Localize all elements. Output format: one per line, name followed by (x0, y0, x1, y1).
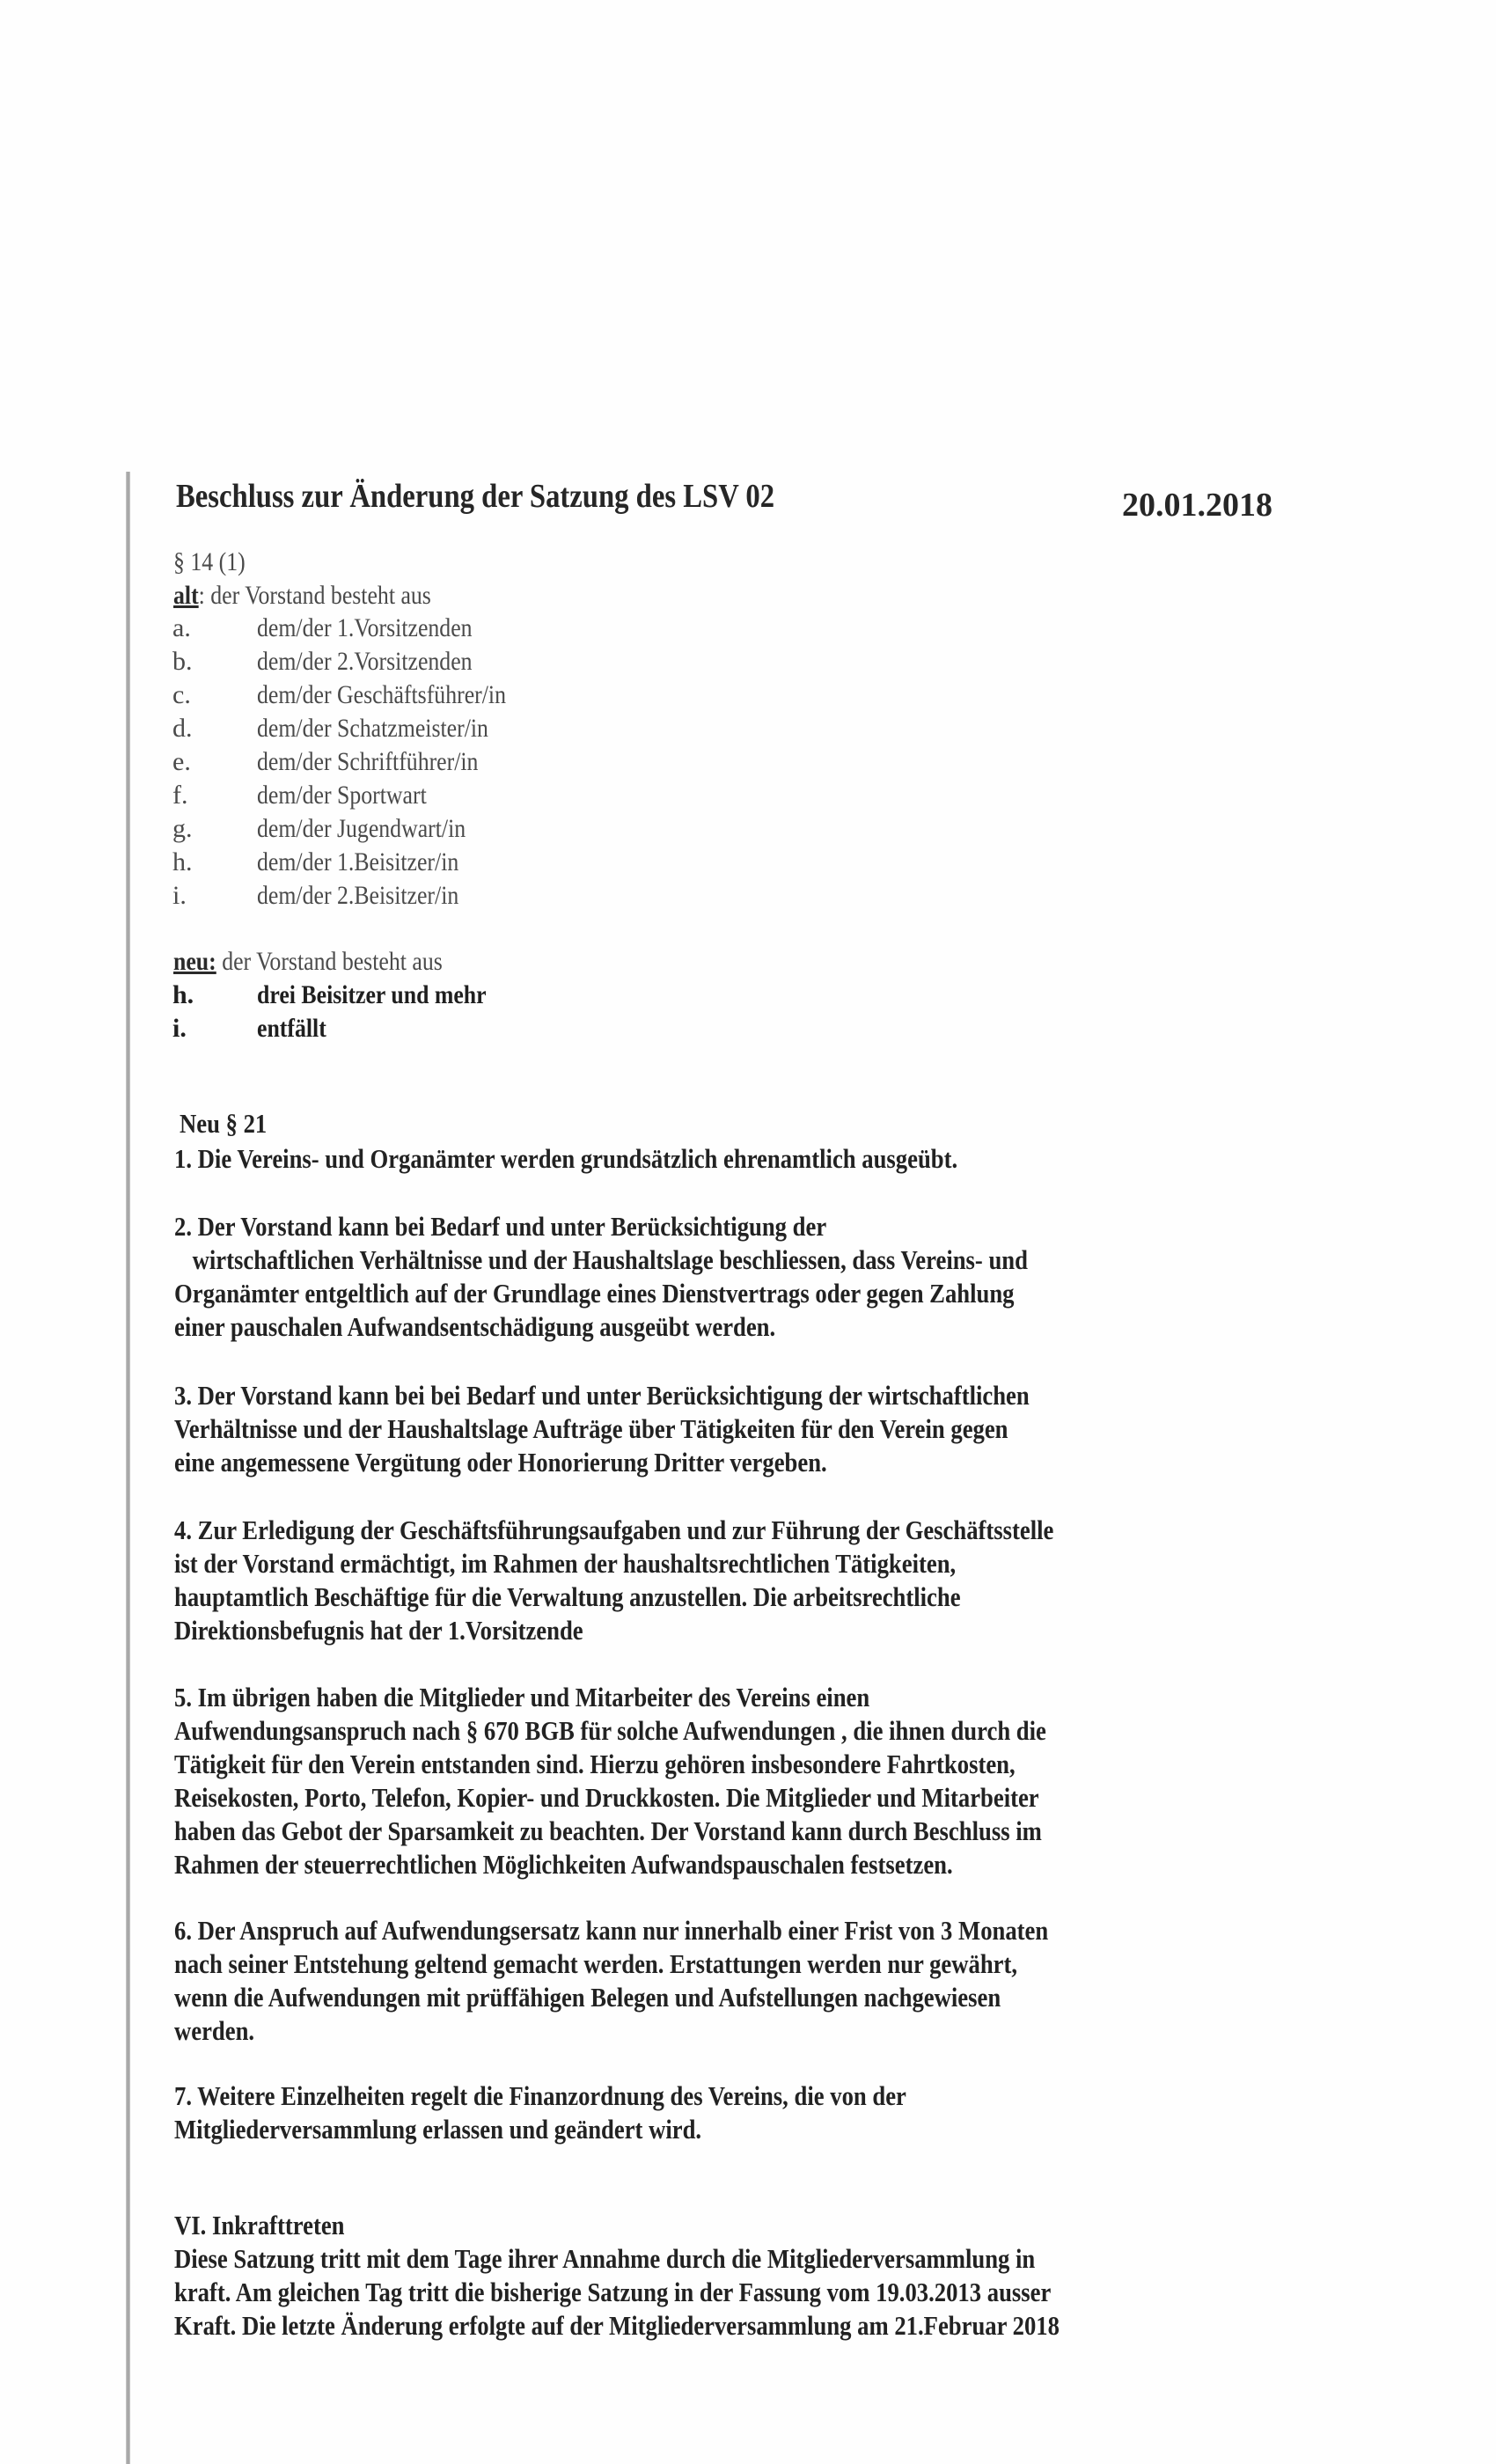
section-21-heading: Neu § 21 (180, 1107, 1330, 1140)
item-text: dem/der Schatzmeister/in (257, 714, 488, 744)
paragraph-line: Mitgliederversammlung erlassen und geänd… (174, 2113, 1324, 2146)
neu-text: der Vorstand besteht aus (216, 947, 443, 976)
item-text: entfällt (257, 1014, 326, 1044)
item-key: b. (172, 647, 193, 677)
item-text: dem/der 1.Beisitzer/in (257, 847, 458, 877)
item-text: dem/der 2.Beisitzer/in (257, 881, 458, 911)
paragraph-line: hauptamtlich Beschäftige für die Verwalt… (174, 1580, 1324, 1614)
paragraph-line: wirtschaftlichen Verhältnisse und der Ha… (174, 1243, 1324, 1277)
item-key: d. (172, 714, 193, 744)
item-text: dem/der Schriftführer/in (257, 747, 478, 777)
paragraph-line: werden. (174, 2014, 1324, 2048)
neu-line: neu: der Vorstand besteht aus (173, 947, 443, 977)
paragraph-2: 2. Der Vorstand kann bei Bedarf und unte… (174, 1210, 1324, 1344)
paragraph-7: 7. Weitere Einzelheiten regelt die Finan… (174, 2079, 1324, 2146)
neu-label: neu: (173, 947, 216, 976)
section-14-heading: § 14 (1) (173, 547, 246, 577)
item-key: c. (172, 680, 191, 710)
paragraph-1: 1. Die Vereins- und Organämter werden gr… (174, 1142, 1324, 1176)
paragraph-line: 5. Im übrigen haben die Mitglieder und M… (174, 1681, 1324, 1714)
item-key: e. (172, 747, 191, 777)
paragraph-line: Kraft. Die letzte Änderung erfolgte auf … (174, 2309, 1324, 2343)
inkrafttreten-section: VI. Inkrafttreten Diese Satzung tritt mi… (174, 2209, 1324, 2343)
paragraph-line: 7. Weitere Einzelheiten regelt die Finan… (174, 2079, 1324, 2113)
paragraph-line: Rahmen der steuerrechtlichen Möglichkeit… (174, 1848, 1324, 1881)
paragraph-line: eine angemessene Vergütung oder Honorier… (174, 1446, 1324, 1479)
alt-line: alt: der Vorstand besteht aus (173, 581, 431, 611)
paragraph-line: nach seiner Entstehung geltend gemacht w… (174, 1947, 1324, 1981)
item-key: f. (172, 781, 188, 810)
paragraph-line: einer pauschalen Aufwandsentschädigung a… (174, 1310, 1324, 1344)
item-key: h. (172, 847, 193, 877)
item-key: h. (172, 980, 194, 1010)
paragraph-line: Tätigkeit für den Verein entstanden sind… (174, 1748, 1324, 1781)
document-date: 20.01.2018 (1122, 486, 1272, 524)
item-text: dem/der Sportwart (257, 781, 427, 810)
paragraph-line: wenn die Aufwendungen mit prüffähigen Be… (174, 1981, 1324, 2014)
paragraph-line: kraft. Am gleichen Tag tritt die bisheri… (174, 2276, 1324, 2309)
paragraph-line: Organämter entgeltlich auf der Grundlage… (174, 1277, 1324, 1310)
heading-text: Neu § 21 (180, 1107, 1330, 1140)
item-key: a. (172, 613, 191, 643)
paragraph-line: Direktionsbefugnis hat der 1.Vorsitzende (174, 1614, 1324, 1647)
paragraph-line: Verhältnisse und der Haushaltslage Auftr… (174, 1412, 1324, 1446)
item-key: i. (172, 881, 187, 911)
paragraph-line: 4. Zur Erledigung der Geschäftsführungsa… (174, 1514, 1324, 1547)
paragraph-line: 1. Die Vereins- und Organämter werden gr… (174, 1142, 1324, 1176)
document-title: Beschluss zur Änderung der Satzung des L… (176, 477, 774, 516)
paragraph-line: 3. Der Vorstand kann bei bei Bedarf und … (174, 1379, 1324, 1412)
section-heading: VI. Inkrafttreten (174, 2209, 1324, 2242)
alt-label: alt (173, 581, 199, 610)
paragraph-line: 6. Der Anspruch auf Aufwendungsersatz ka… (174, 1914, 1324, 1947)
item-text: drei Beisitzer und mehr (257, 980, 487, 1010)
item-text: dem/der Geschäftsführer/in (257, 680, 506, 710)
paragraph-line: 2. Der Vorstand kann bei Bedarf und unte… (174, 1210, 1324, 1243)
item-text: dem/der 1.Vorsitzenden (257, 613, 473, 643)
page-margin-rule (126, 472, 130, 2464)
paragraph-3: 3. Der Vorstand kann bei bei Bedarf und … (174, 1379, 1324, 1479)
alt-text: : der Vorstand besteht aus (199, 581, 431, 610)
paragraph-4: 4. Zur Erledigung der Geschäftsführungsa… (174, 1514, 1324, 1647)
paragraph-line: Diese Satzung tritt mit dem Tage ihrer A… (174, 2242, 1324, 2276)
paragraph-line: Aufwendungsanspruch nach § 670 BGB für s… (174, 1714, 1324, 1748)
paragraph-5: 5. Im übrigen haben die Mitglieder und M… (174, 1681, 1324, 1881)
paragraph-line: ist der Vorstand ermächtigt, im Rahmen d… (174, 1547, 1324, 1580)
paragraph-line: Reisekosten, Porto, Telefon, Kopier- und… (174, 1781, 1324, 1815)
paragraph-6: 6. Der Anspruch auf Aufwendungsersatz ka… (174, 1914, 1324, 2048)
item-key: g. (172, 814, 193, 844)
paragraph-line: haben das Gebot der Sparsamkeit zu beach… (174, 1815, 1324, 1848)
item-key: i. (172, 1014, 187, 1044)
item-text: dem/der 2.Vorsitzenden (257, 647, 473, 677)
item-text: dem/der Jugendwart/in (257, 814, 466, 844)
